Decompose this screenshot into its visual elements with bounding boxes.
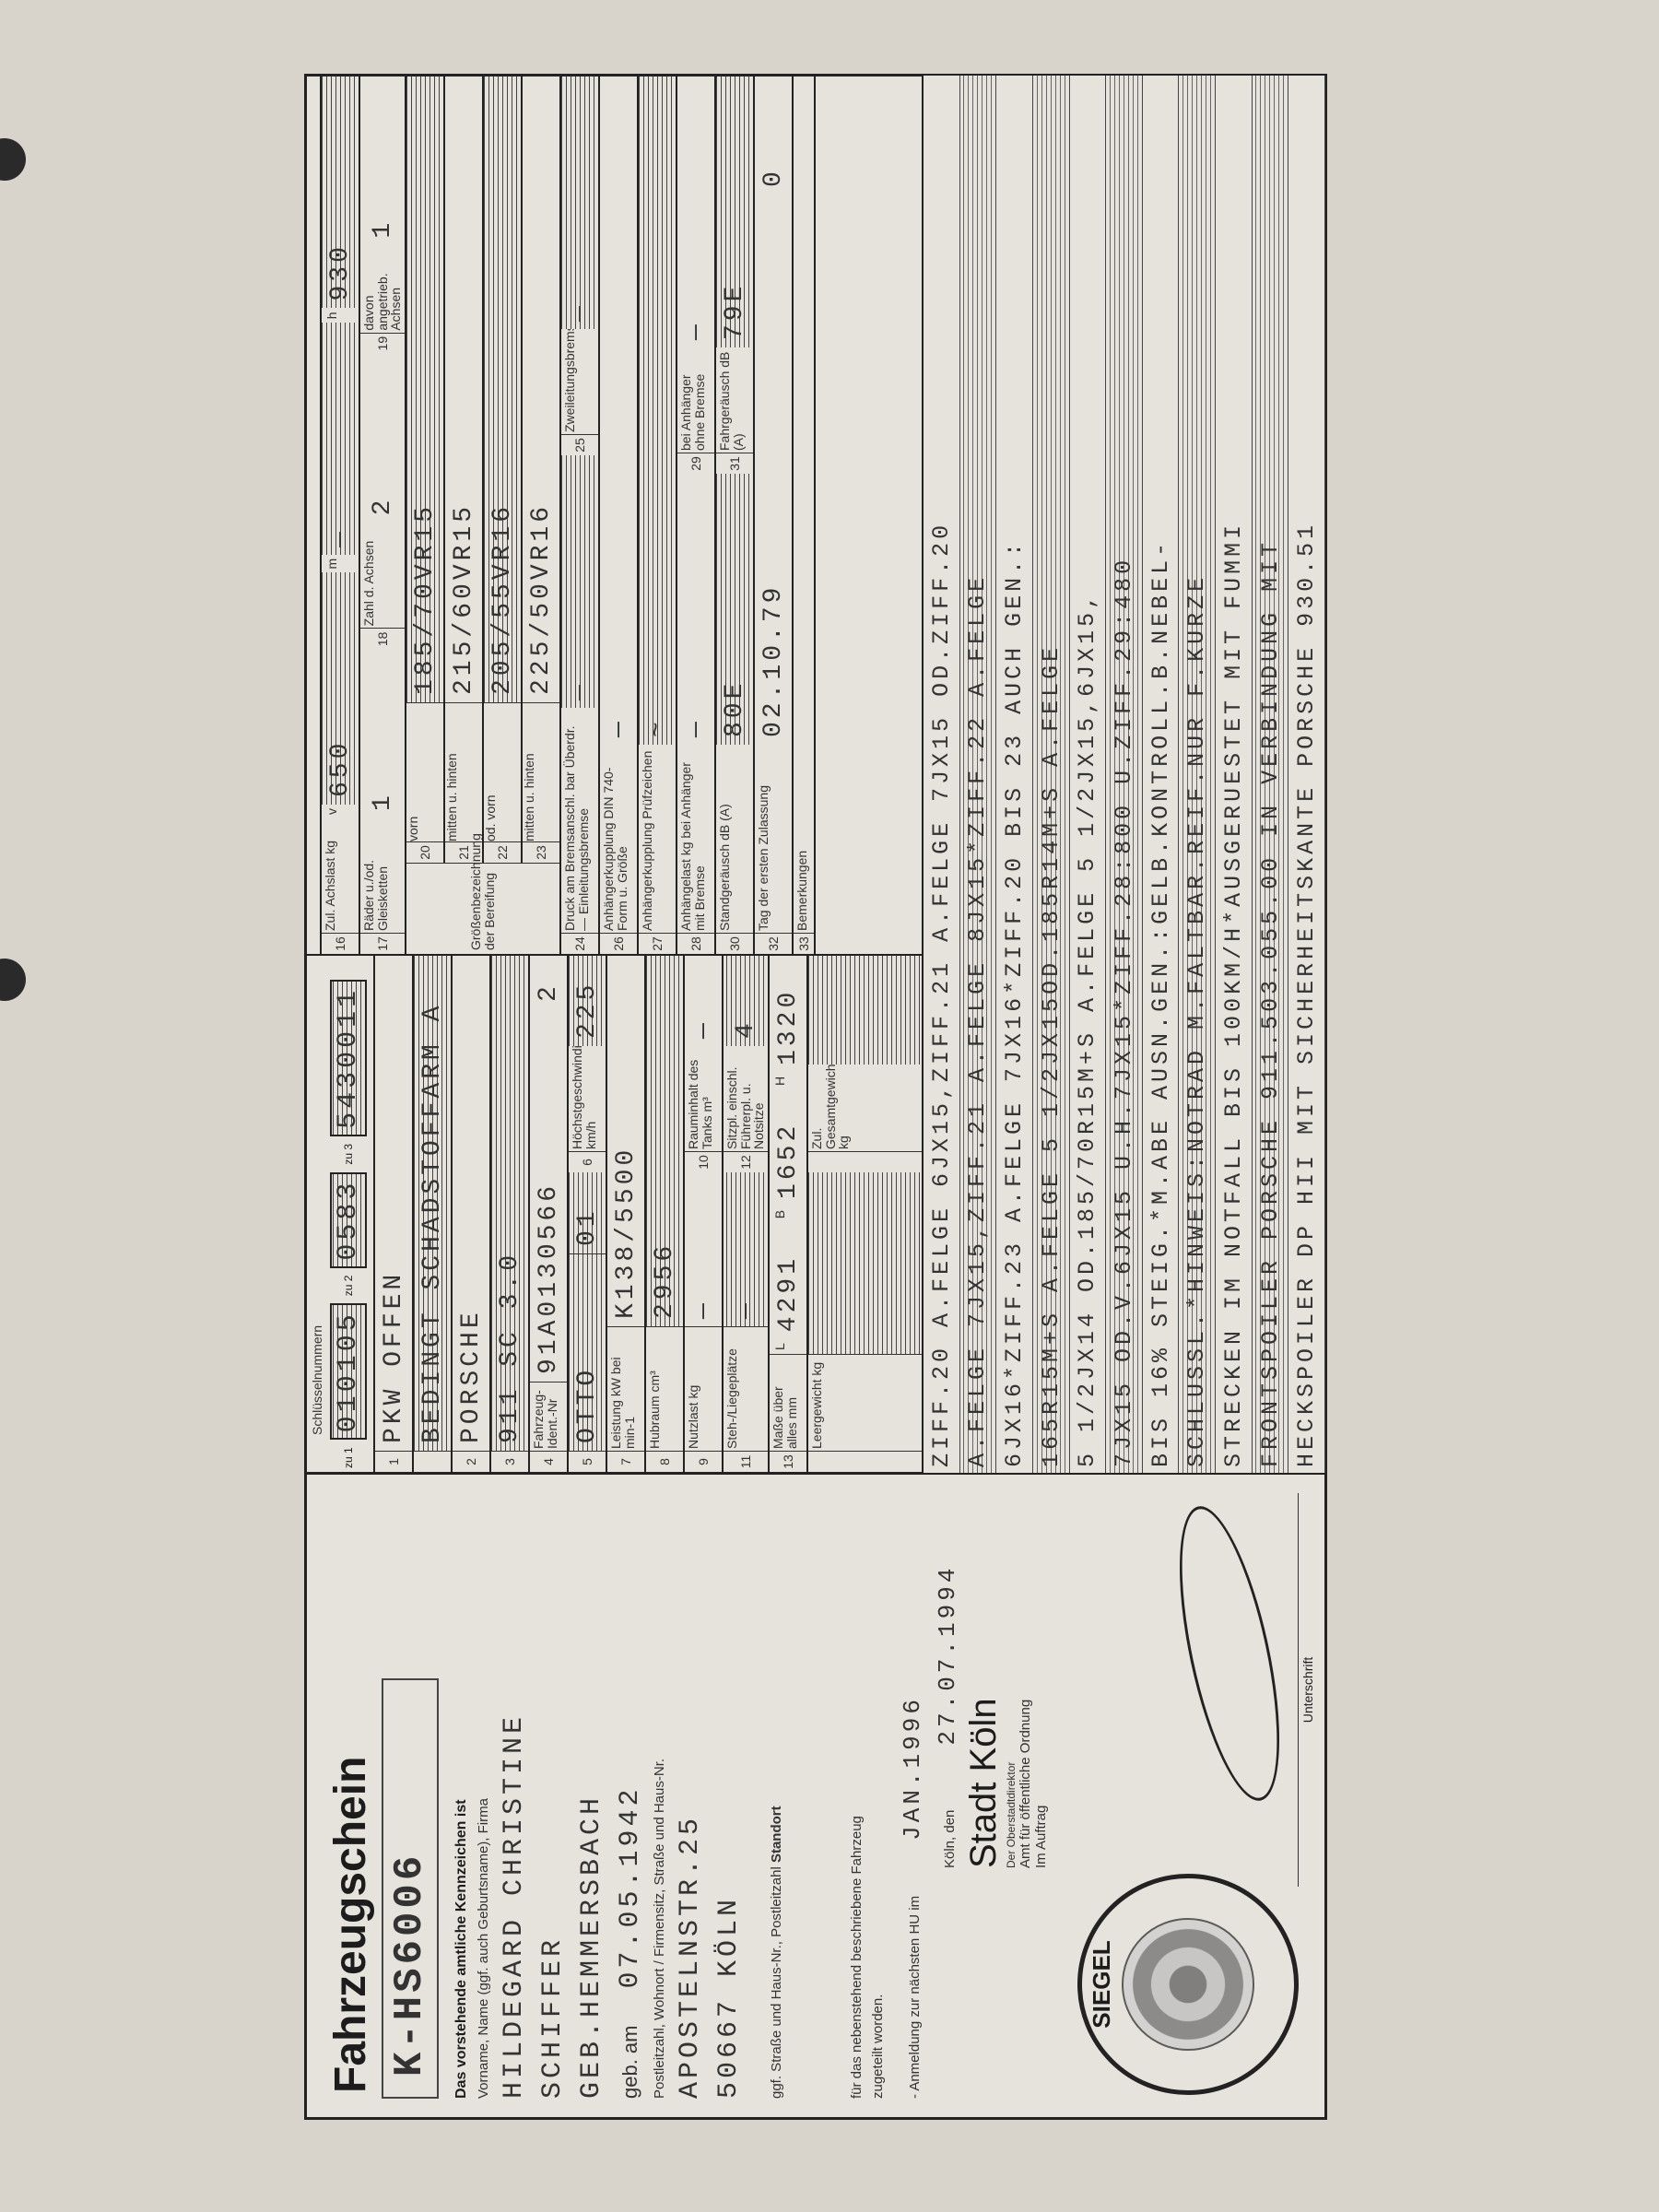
field-13: 13Maße über alles mmL4291B1652H1320 [770,956,808,1472]
field-3: 3911 SC 3.0 [491,956,530,1472]
field-24-25: 24Druck am Bremsanschl. bar Überdr. — Ei… [561,76,600,954]
authority-sub1: Der Oberstadtdirektor [1005,1493,1018,1868]
remark-line: 165R15M+S A.FELGE 5 1/2JX15OD.185R14M+S … [1033,76,1070,1473]
assigned-line1: für das nebenstehend beschriebene Fahrze… [849,1493,865,2099]
field-16: 16Zul. Achslast kgv650m—h930 [320,76,360,954]
standort-bold: Standort [769,1806,784,1863]
field-23: 23mitten u. hinten225/50VR16 [523,76,559,863]
keys-label: Schlüsselnummern [307,956,324,1472]
field-30-31: 30Standgeräusch dB (A)80E31Fahrgeräusch … [716,76,755,954]
remark-line: ZIFF.20 A.FELGE 6JX15,ZIFF.21 A.FELGE 7J… [924,76,960,1473]
issue-date: 27.07.1994 [934,1565,961,1746]
remark-line: STRECKEN IM NOTFALL BIS 100KM/H*AUSGERUE… [1216,76,1253,1473]
field-17-19: 17Räder u./od. Gleisketten118Zahl d. Ach… [360,76,406,954]
zu1-label: zu 1 [342,1447,355,1468]
name-label: Vorname, Name (ggf. auch Geburtsname), F… [476,1493,491,2099]
rotated-document: Fahrzeugschein K-HS6006 Das vorstehende … [0,0,1659,2212]
holder-name-line3: GEB.HEMMERSBACH [576,1493,607,2099]
holder-dob: 07.05.1942 [615,1785,646,1988]
field-22: 22od. vorn205/55VR16 [484,76,523,863]
holder-street: APOSTELNSTR.25 [675,1493,706,2099]
holder-heading: Das vorstehende amtliche Kennzeichen ist [453,1493,470,2099]
field-26: 26Anhängerkupplung DIN 740-Form u. Größe… [600,76,639,954]
remark-line: HECKSPOILER DP HII MIT SICHERHEITSKANTE … [1288,76,1325,1473]
key-numbers-row: zu 1 010105 zu 2 0583 zu 3 5430011 [324,956,375,1472]
holder-name-line1: HILDEGARD CHRISTINE [499,1493,530,2099]
field-2: 2PORSCHE [453,956,491,1472]
tyre-group: Größenbezeichnung der Bereifung 20vorn18… [406,76,561,954]
field-28-29: 28Anhängelast kg bei Anhänger mit Bremse… [677,76,716,954]
dob-label: geb. am [618,2026,642,2100]
field-27: 27Anhängerkupplung Prüfzeichen~ [639,76,677,954]
address-label: Postleitzahl, Wohnort / Firmensitz, Stra… [652,1493,667,2099]
zu3-label: zu 3 [342,1144,355,1165]
document-title: Fahrzeugschein [325,1493,376,2093]
key-zu2: 0583 [330,1172,367,1268]
key-zu1: 010105 [330,1303,367,1440]
field-5-6: 5OTTO016Höchstgeschwindigkeit km/h225 [569,956,607,1472]
field-20: 20vorn185/70VR15 [406,76,445,863]
holder-panel: Fahrzeugschein K-HS6006 Das vorstehende … [307,1472,1324,2117]
signature-icon [1159,1499,1300,1809]
remark-line: 5 1/2JX14 OD.185/70R15M+S A.FELGE 5 1/2J… [1070,76,1107,1473]
field-33: 33Bemerkungen [794,76,816,954]
signature-label: Unterschrift [1298,1493,1315,1887]
field-7: 7Leistung kW bei min-1K138/5500 [607,956,646,1472]
authority: Stadt Köln [963,1493,1005,1868]
place-date-label: Köln, den [942,1810,958,1868]
field-11-12: 11Steh-/Liegeplätze—12Sitzpl. einschl. F… [724,956,770,1472]
remark-line: A.FELGE 7JX15,ZIFF.21 A.FELGE 8JX15*ZIFF… [960,76,997,1473]
remark-line: BIS 16% STEIG.*M.ABE AUSN.GEN.:GELB.KONT… [1143,76,1180,1473]
field-9-10: 9Nutzlast kg—10Rauminhalt des Tanks m³— [685,956,724,1472]
field-1: 1PKW OFFEN [375,956,414,1472]
license-plate: K-HS6006 [382,1678,439,2099]
seal-text: SIEGEL [1088,1940,1116,2028]
holder-city: 50667 KÖLN [713,1493,745,2099]
holder-name-line2: SCHIFFER [537,1493,569,2099]
key-zu3: 5430011 [330,980,367,1136]
standort-label: ggf. Straße und Haus-Nr., Postleitzahl [769,1866,784,2099]
field-4: 4Fahrzeug-Ident.-Nr91A01305662 [530,956,569,1472]
remark-line: 6JX16*ZIFF.23 A.FELGE 7JX16*ZIFF.20 BIS … [996,76,1033,1473]
hu-label: - Anmeldung zur nächsten HU im [907,1896,923,2099]
assigned-line2: zugeteilt worden. [870,1493,886,2099]
remarks-section: ZIFF.20 A.FELGE 6JX15,ZIFF.21 A.FELGE 7J… [922,74,1327,1475]
authority-sub2: Amt für öffentliche Ordnung [1018,1493,1033,1868]
field-8: 8Hubraum cm³2956 [646,956,685,1472]
remark-line: 7JX15 OD.V.6JX15 U.H.7JX15*ZIFF.28:800 U… [1106,76,1143,1473]
authority-sub3: Im Auftrag [1033,1493,1049,1868]
field-32: 32Tag der ersten Zulassung02.10.790 [755,76,794,954]
field-1-emission: BEDINGT SCHADSTOFFARM A [414,956,453,1472]
official-seal-icon: SIEGEL [1077,1874,1299,2095]
hu-value: JAN.1996 [899,1696,926,1841]
remark-line: FRONTSPOILER PORSCHE 911.503.055.00 IN V… [1253,76,1289,1473]
field-21: 21mitten u. hinten215/60VR15 [445,76,484,863]
remark-line: SCHLUSSL.*HINWEIS:NOTRAD M.FALTBAR.REIF.… [1179,76,1216,1473]
zu2-label: zu 2 [342,1276,355,1297]
